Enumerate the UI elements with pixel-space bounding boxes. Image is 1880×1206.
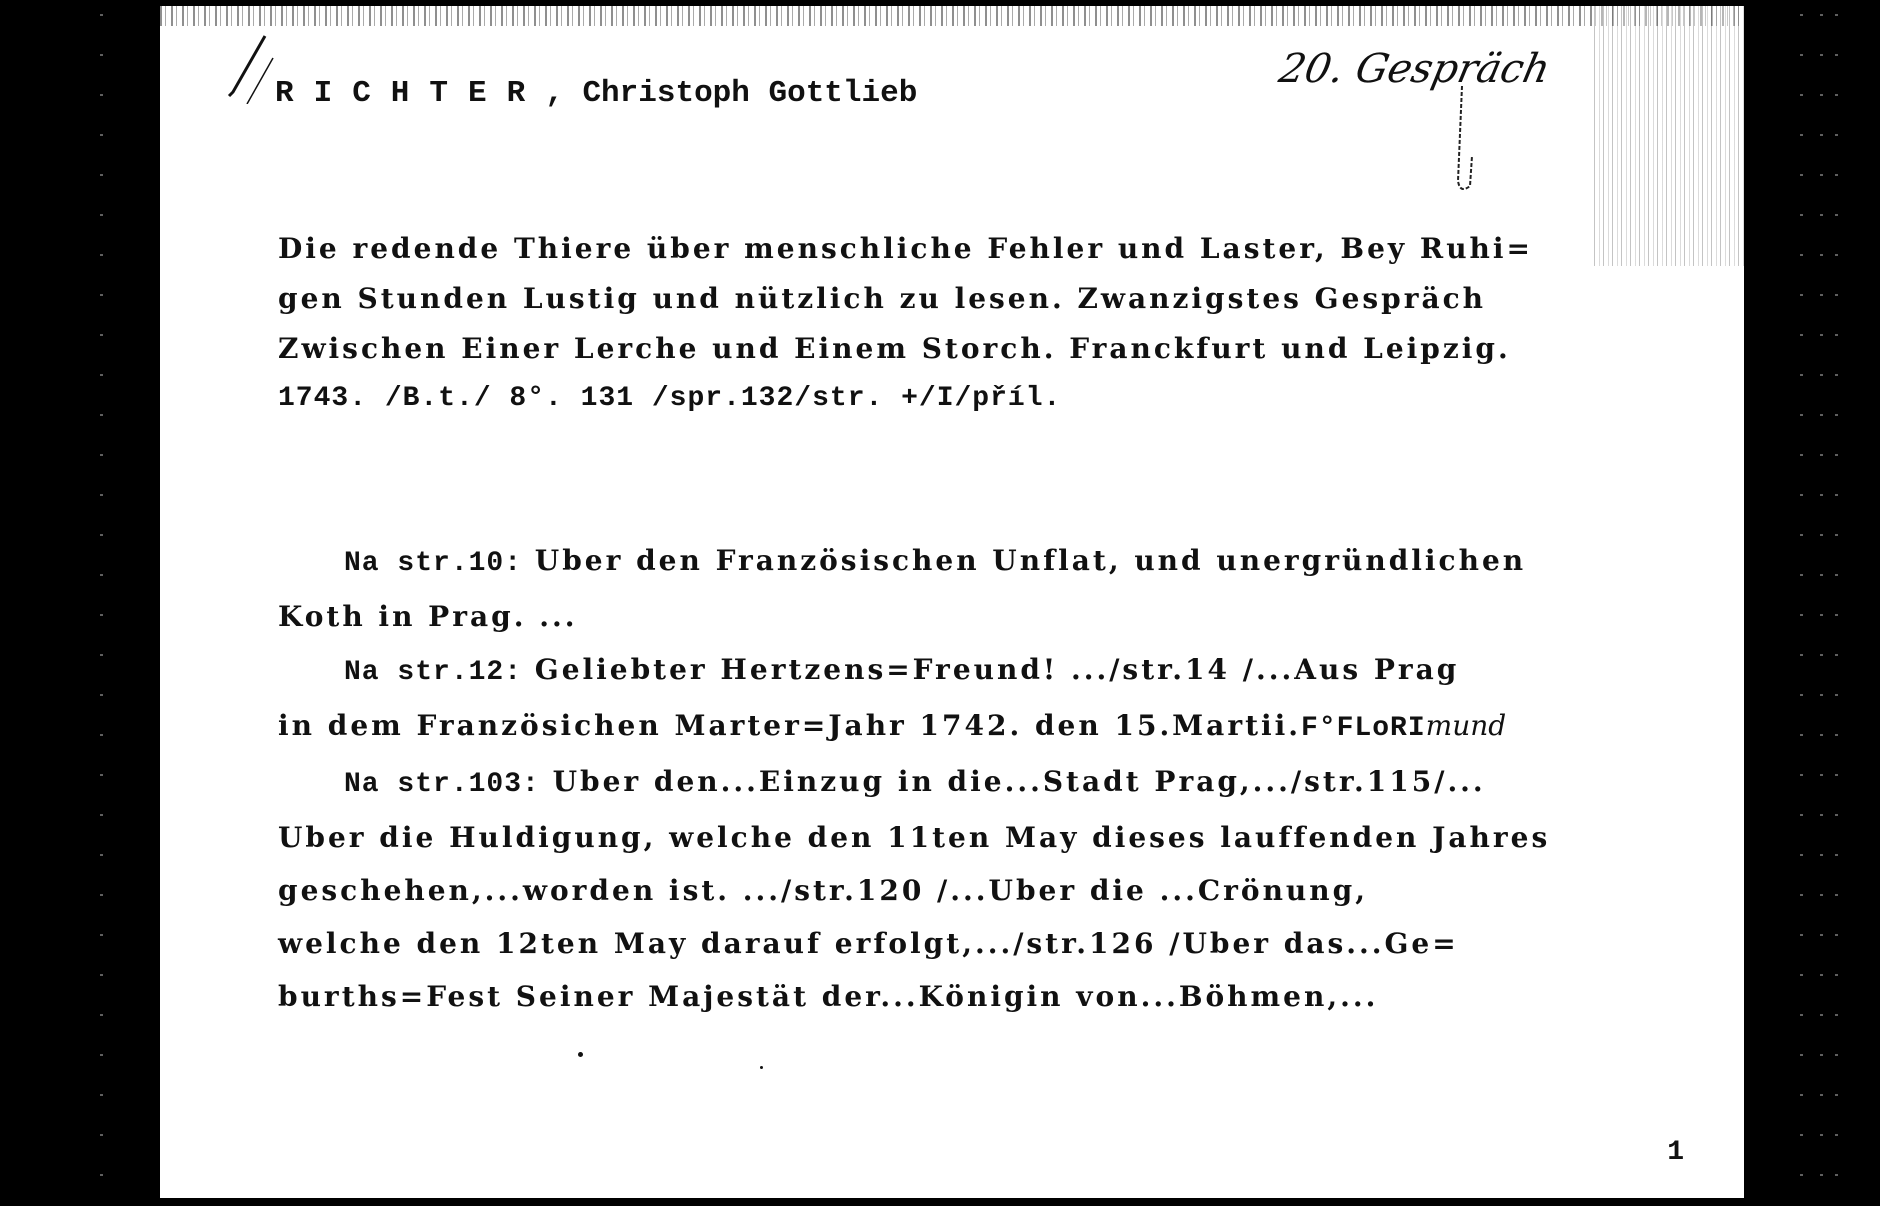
note-text: Geliebter Hertzens=Freund! .../str.14 /.…	[535, 653, 1460, 686]
handwritten-hook-mark-icon	[1440, 86, 1480, 196]
notes-block: Na str.10: Uber den Französischen Unflat…	[278, 534, 1550, 1023]
bibliographic-line: 1743. /B.t./ 8°. 131 /spr.132/str. +/I/p…	[278, 374, 1533, 424]
author-surname: RICHTER	[275, 76, 545, 111]
card-heading: RICHTER, Christoph Gottlieb	[275, 76, 917, 111]
note-text: in dem Französichen Marter=Jahr 1742. de…	[278, 709, 1301, 742]
title-line: Zwischen Einer Lerche und Einem Storch. …	[278, 324, 1533, 374]
note-ref: Na str.103:	[344, 769, 540, 800]
title-block: Die redende Thiere über menschliche Fehl…	[278, 224, 1533, 424]
note-line: burths=Fest Seiner Majestät der...Königi…	[278, 970, 1550, 1023]
handwritten-check-mark-icon	[225, 34, 275, 104]
note-text: Uber den...Einzug in die...Stadt Prag,..…	[553, 765, 1486, 798]
note-line: Na str.10: Uber den Französischen Unflat…	[278, 534, 1550, 590]
note-text: geschehen,...worden ist. .../str.120 /..…	[278, 874, 1368, 907]
heading-separator: ,	[545, 76, 564, 111]
note-ref: Na str.12:	[344, 657, 522, 688]
scan-border-right	[1800, 0, 1803, 1206]
catalog-card: RICHTER, Christoph Gottlieb 20. Gespräch…	[160, 6, 1744, 1198]
note-line: Uber die Huldigung, welche den 11ten May…	[278, 811, 1550, 864]
note-line: Na str.103: Uber den...Einzug in die...S…	[278, 755, 1550, 811]
title-line: gen Stunden Lustig und nützlich zu lesen…	[278, 274, 1533, 324]
scan-border-left	[100, 0, 103, 1206]
title-line: Die redende Thiere über menschliche Fehl…	[278, 224, 1533, 274]
page-number: 1	[1667, 1137, 1684, 1168]
note-text: welche den 12ten May darauf erfolgt,.../…	[278, 927, 1459, 960]
note-signature: F°FLoRI	[1301, 713, 1426, 744]
note-line: Koth in Prag. ...	[278, 590, 1550, 643]
note-line: in dem Französichen Marter=Jahr 1742. de…	[278, 699, 1550, 755]
scan-border-right-3	[1835, 0, 1838, 1206]
scan-speck	[760, 1066, 763, 1069]
note-line: Na str.12: Geliebter Hertzens=Freund! ..…	[278, 643, 1550, 699]
handwritten-note: 20. Gespräch	[1275, 46, 1554, 92]
note-line: geschehen,...worden ist. .../str.120 /..…	[278, 864, 1550, 917]
scan-border-right-2	[1820, 0, 1823, 1206]
handwritten-signature: mund	[1426, 709, 1507, 742]
note-line: welche den 12ten May darauf erfolgt,.../…	[278, 917, 1550, 970]
note-text: Uber den Französischen Unflat, und unerg…	[535, 544, 1526, 577]
note-ref: Na str.10:	[344, 548, 522, 579]
note-text: burths=Fest Seiner Majestät der...Königi…	[278, 980, 1378, 1013]
author-given-names: Christoph Gottlieb	[582, 76, 917, 111]
note-text: Koth in Prag. ...	[278, 600, 577, 633]
scan-speck	[578, 1052, 583, 1057]
note-text: Uber die Huldigung, welche den 11ten May…	[278, 821, 1550, 854]
